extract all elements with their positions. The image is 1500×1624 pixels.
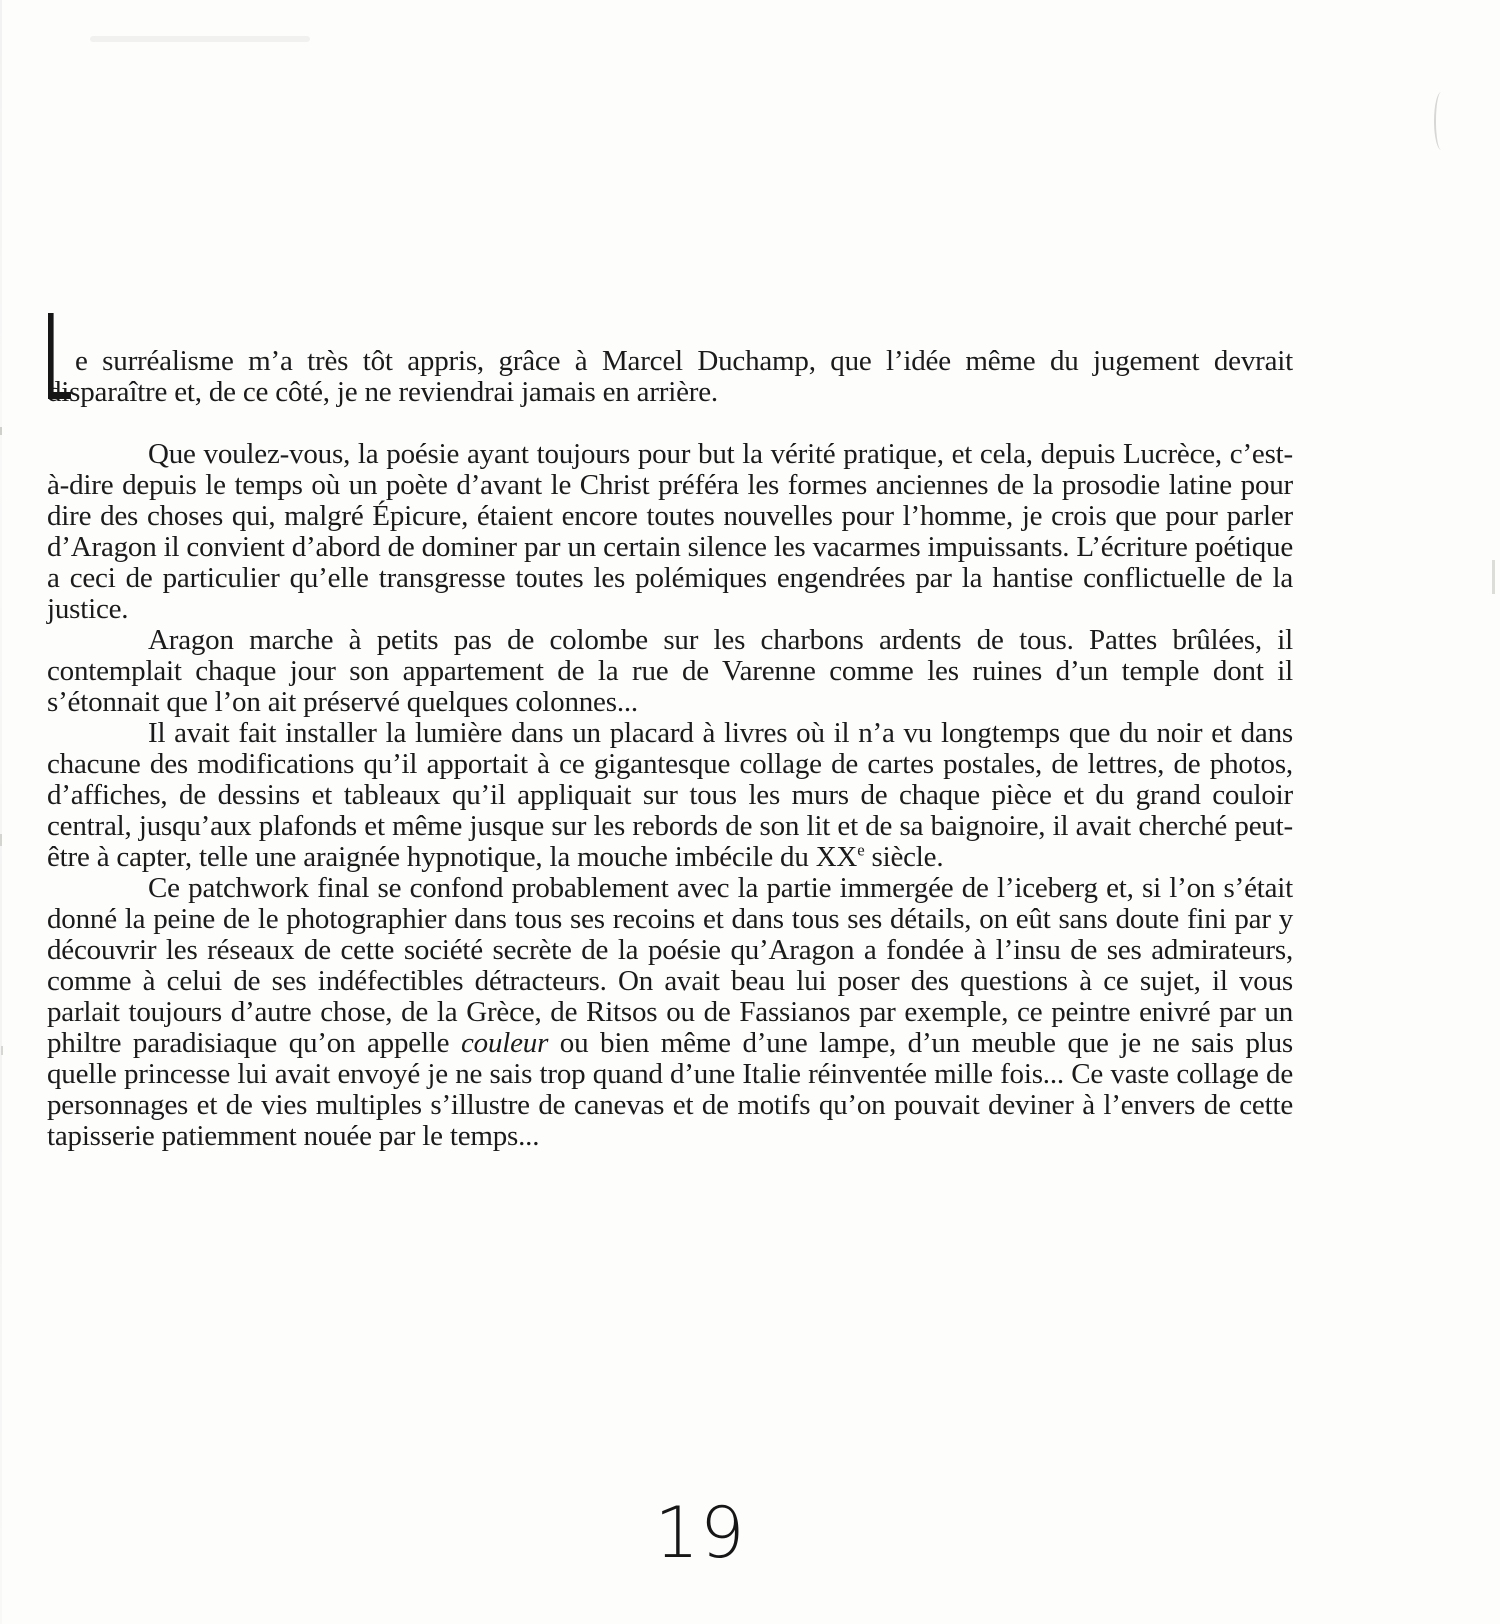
drop-cap-glyph-l [47, 313, 71, 399]
scan-edge-shadow [0, 0, 2, 1624]
paragraph-3: Aragon marche à petits pas de colombe su… [47, 625, 1293, 718]
scan-artifact-dash [1492, 560, 1495, 594]
body-text: L e surréalisme m’a très tôt appris, grâ… [47, 346, 1293, 1152]
scan-artifact-arc [1434, 92, 1446, 150]
paragraph-5: Ce patchwork final se confond probableme… [47, 873, 1293, 1152]
drop-cap-letter: L [47, 346, 71, 376]
paragraph-4: Il avait fait installer la lumière dans … [47, 718, 1293, 873]
paragraph-text: e surréalisme m’a très tôt appris, grâce… [47, 345, 1293, 408]
page-number: 19 [60, 1492, 1340, 1574]
scanned-book-page: L e surréalisme m’a très tôt appris, grâ… [0, 0, 1500, 1624]
paragraph-2: Que voulez-vous, la poésie ayant toujour… [47, 439, 1293, 625]
scan-artifact-smudge [90, 36, 310, 42]
paragraph-opening: L e surréalisme m’a très tôt appris, grâ… [47, 346, 1293, 408]
